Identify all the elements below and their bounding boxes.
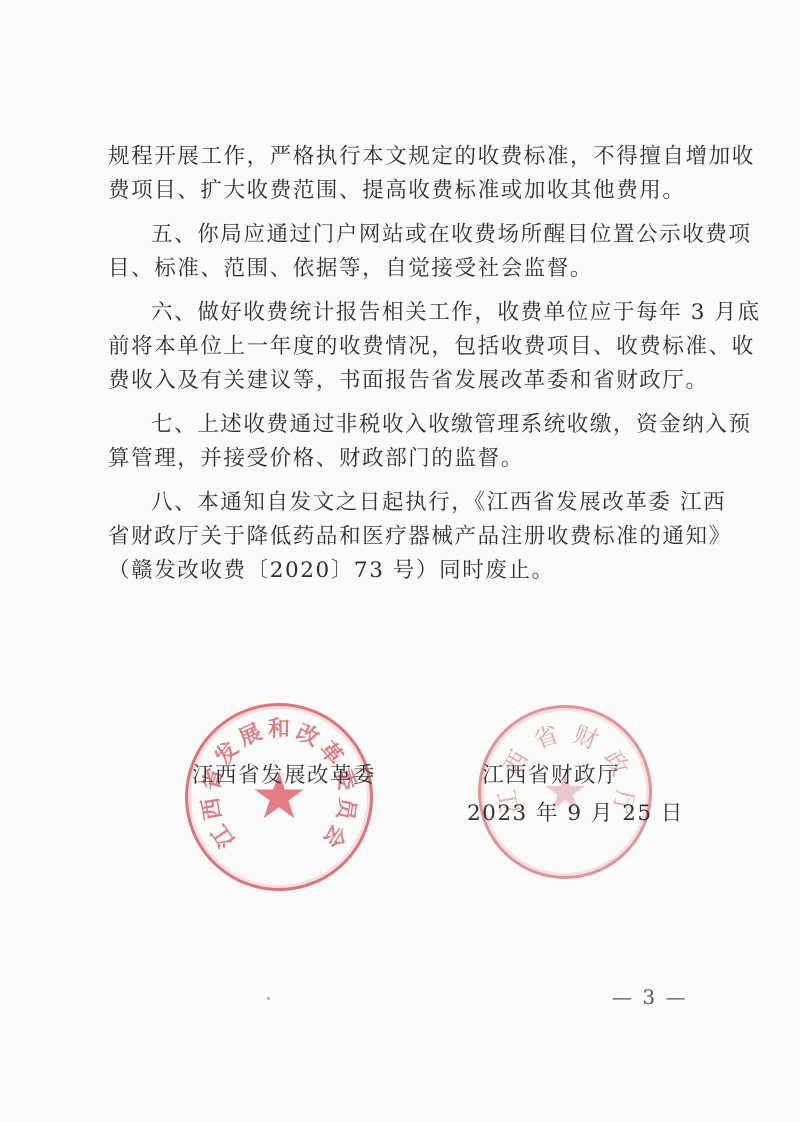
text-line: 费项目、扩大收费范围、提高收费标准或加收其他费用。 xyxy=(108,174,698,208)
signature-org-left: 江西省发展改革委 xyxy=(192,758,376,789)
seal-finance-department: 江西省财政厅 ★ xyxy=(478,705,652,879)
scan-speck xyxy=(267,997,270,1000)
text-line: 前将本单位上一年度的收费情况，包括收费项目、收费标准、收 xyxy=(108,330,698,364)
text-line: 规程开展工作，严格执行本文规定的收费标准，不得擅自增加收 xyxy=(108,140,698,174)
document-page: 规程开展工作，严格执行本文规定的收费标准，不得擅自增加收 费项目、扩大收费范围、… xyxy=(0,0,800,1122)
paragraph-5-line: 五、你局应通过门户网站或在收费场所醒目位置公示收费项 xyxy=(108,218,698,252)
text-line: 费收入及有关建议等，书面报告省发展改革委和省财政厅。 xyxy=(108,364,698,398)
paragraph-7-line: 七、上述收费通过非税收入收缴管理系统收缴，资金纳入预 xyxy=(108,408,698,442)
paragraph-8-line: 八、本通知自发文之日起执行，《江西省发展改革委 江西 xyxy=(108,486,698,520)
text-line: 算管理，并接受价格、财政部门的监督。 xyxy=(108,442,698,476)
text-line: （赣发改收费〔2020〕73 号）同时废止。 xyxy=(108,554,698,588)
signature-date: 2023 年 9 月 25 日 xyxy=(467,796,684,827)
page-number: — 3 — xyxy=(612,985,687,1009)
text-line: 省财政厅关于降低药品和医疗器械产品注册收费标准的通知》 xyxy=(108,520,698,554)
text-line: 目、标准、范围、依据等，自觉接受社会监督。 xyxy=(108,252,698,286)
document-body: 规程开展工作，严格执行本文规定的收费标准，不得擅自增加收 费项目、扩大收费范围、… xyxy=(108,140,698,588)
seal-development-reform-commission: 江西省发展和改革委员会 ★ xyxy=(185,703,373,891)
paragraph-6-line: 六、做好收费统计报告相关工作，收费单位应于每年 3 月底 xyxy=(108,296,698,330)
signature-org-right: 江西省财政厅 xyxy=(482,758,620,789)
